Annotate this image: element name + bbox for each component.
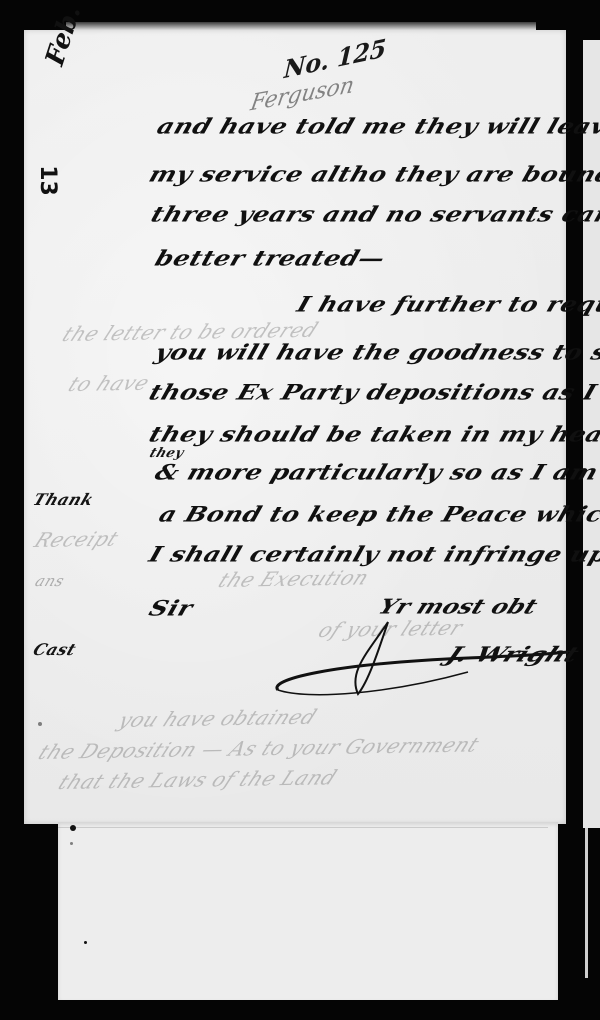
bleed-through-line: you have obtained <box>115 705 321 732</box>
letter-line-4: better treated— <box>152 246 389 271</box>
letter-line-1: and have told me they will leave <box>154 114 600 139</box>
interlinear-insert: they <box>147 446 186 461</box>
letter-line-10: a Bond to keep the Peace which <box>156 502 600 527</box>
ink-speck <box>70 825 76 831</box>
letter-line-11: I shall certainly not infringe up <box>146 542 600 567</box>
bleed-through-line: to have <box>65 371 154 396</box>
signature: J. Wright <box>442 643 582 667</box>
fold-line <box>58 827 548 828</box>
ink-speck <box>70 842 73 845</box>
ink-speck <box>84 941 87 944</box>
margin-note: Cast <box>31 640 79 659</box>
letter-line-8: they should be taken in my hea <box>146 422 600 447</box>
letter-sheet-fold <box>58 822 558 1000</box>
letter-line-2: my service altho they are bound f <box>146 162 600 187</box>
bleed-through-line: the Execution <box>215 565 374 592</box>
letter-line-7: those Ex Party depositions as I consi <box>146 380 600 405</box>
letter-line-6: you will have the goodness to sta <box>152 340 600 365</box>
ink-speck <box>38 722 42 726</box>
margin-note: Thank <box>31 490 97 509</box>
letter-line-5: I have further to request <box>294 292 600 317</box>
bleed-through-line: that the Laws of the Land <box>55 765 342 794</box>
letter-line-3: three years and no servants can <box>148 202 600 227</box>
margin-mark: 13 <box>35 165 60 196</box>
adjacent-page-lower-edge <box>585 828 588 978</box>
letter-salutation-sir: Sir <box>146 596 196 621</box>
letter-line-9: & more particularly so as I am w <box>152 460 600 485</box>
bleed-through-line: Receipt <box>31 527 123 552</box>
